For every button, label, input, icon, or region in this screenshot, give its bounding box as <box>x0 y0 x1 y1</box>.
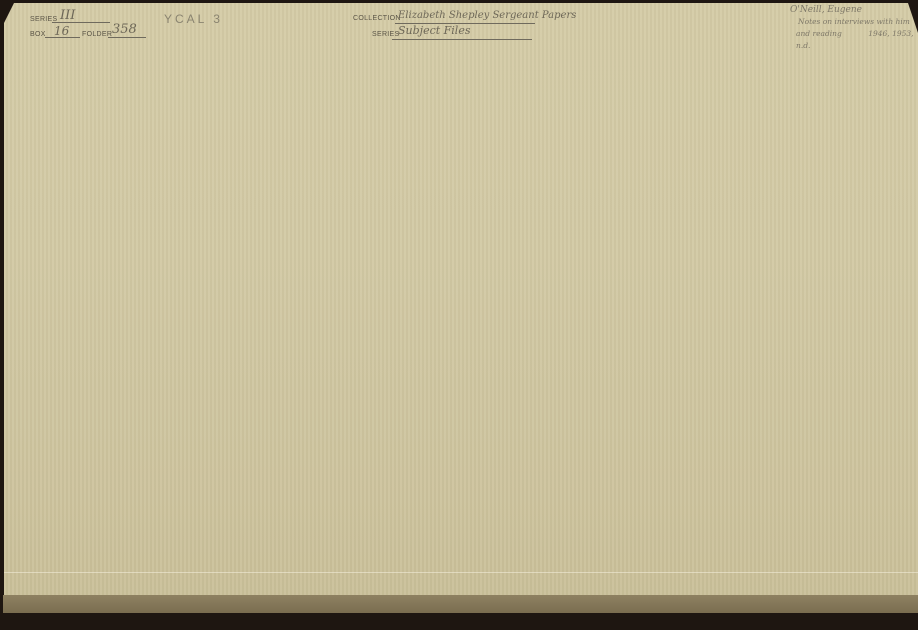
call-number: YCAL 3 <box>164 12 223 26</box>
archival-folder <box>4 3 918 611</box>
tab-note-line3: and reading <box>796 29 842 38</box>
series-value: III <box>60 8 75 23</box>
collection-value: Elizabeth Shepley Sergeant Papers <box>398 10 576 21</box>
box-underline <box>45 37 80 38</box>
collection-label: Collection <box>353 15 401 22</box>
subseries-value: Subject Files <box>398 24 470 37</box>
folder-back-flap <box>3 595 918 613</box>
series-underline <box>52 22 110 23</box>
box-label: Box <box>30 31 46 38</box>
folder-underline <box>108 37 146 38</box>
box-value: 16 <box>54 24 69 38</box>
subseries-label: Series <box>372 31 399 38</box>
tab-note-line2: Notes on interviews with him <box>798 16 918 28</box>
tab-note: O'Neill, Eugene Notes on interviews with… <box>790 4 918 52</box>
tab-note-name: O'Neill, Eugene <box>790 4 918 16</box>
folder-fold-line <box>4 572 918 573</box>
folder-value: 358 <box>112 22 137 37</box>
subseries-underline <box>392 39 532 40</box>
